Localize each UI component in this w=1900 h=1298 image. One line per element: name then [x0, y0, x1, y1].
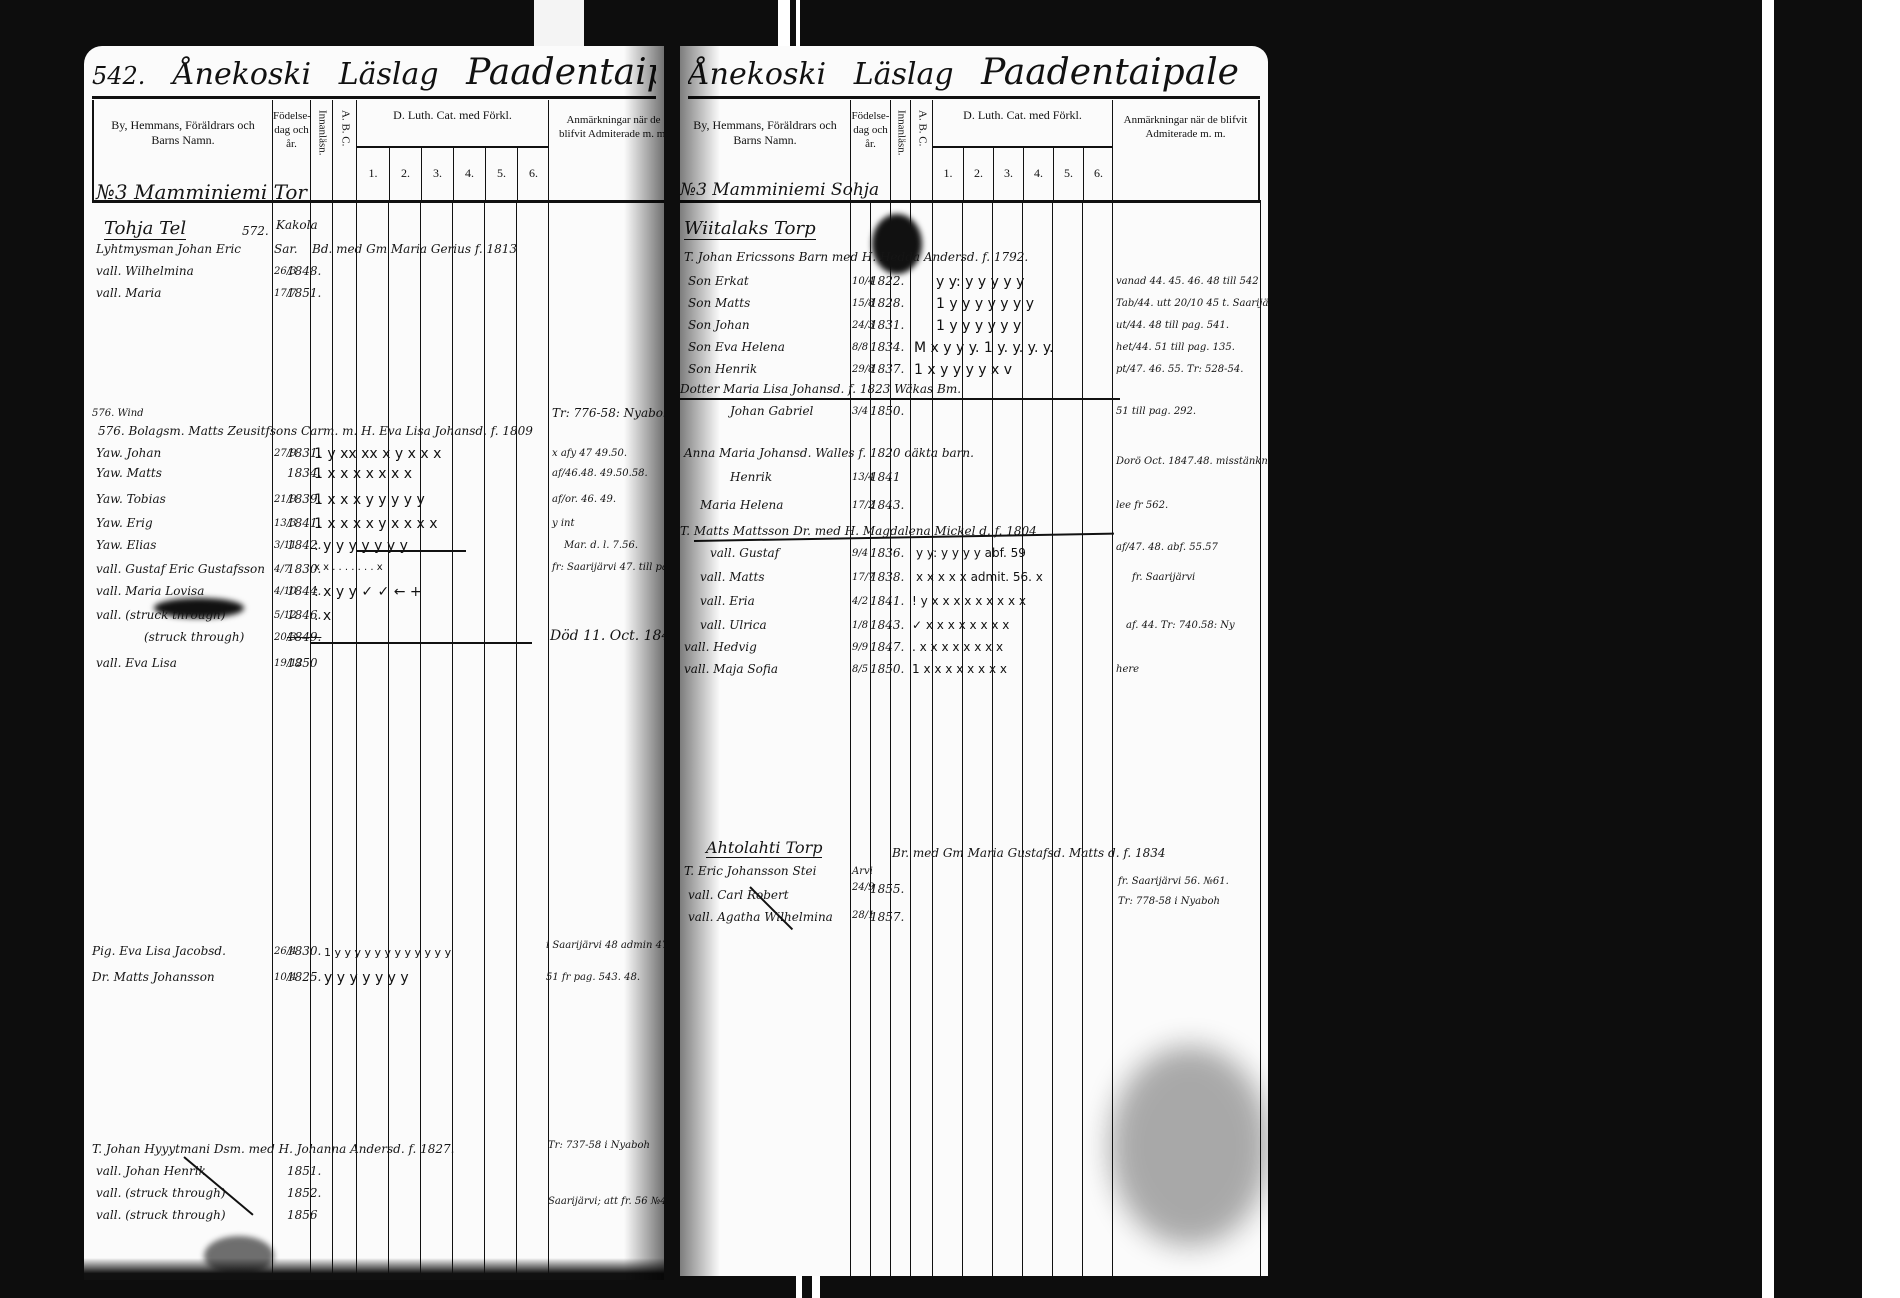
header-innanlasn: Innanläsn. [310, 100, 332, 200]
entry-birth-year: 1851. [287, 1164, 321, 1178]
title-reading-group: Läslag [339, 57, 439, 92]
header-catechism-group: D. Luth. Cat. med Förkl. 1. 2. 3. 4. 5. … [932, 100, 1112, 200]
entry-name: Yaw. Elias [96, 538, 156, 552]
entry-birth-year: 1838. [870, 570, 904, 584]
entry-birth-year: 1852. [287, 1186, 321, 1200]
entry-name: T. Johan Hyyytmani Dsm. med H. Johanna A… [92, 1142, 454, 1156]
column-rule [356, 200, 357, 1280]
column-rule [310, 200, 311, 1280]
stain [1110, 1046, 1268, 1246]
page-damage [84, 1258, 664, 1280]
entry-remarks: af/47. 48. abf. 55.57 [1116, 542, 1218, 553]
header-abc: A. B. C. [910, 100, 932, 200]
entry-birth-year: 1843. [870, 498, 904, 512]
entry-birth-day: 8/8 [852, 342, 868, 353]
entry-birth-year: Sar. [274, 242, 298, 256]
entry-name: vall. Johan Henrik [96, 1164, 206, 1178]
entry-marks: 1 x y y y y x v [914, 362, 1012, 378]
entry-name: Yaw. Matts [96, 466, 162, 480]
entry-extra: Bd. med Gm Maria Gerius f. 1813 [312, 242, 517, 256]
entry-name: T. Johan Ericssons Barn med H. Hedda And… [684, 250, 1028, 264]
column-rule [388, 200, 389, 1280]
column-rule [420, 200, 421, 1280]
entry-birth-day: 3/4 [852, 406, 868, 417]
entry-remarks: pt/47. 46. 55. Tr: 528-54. [1116, 364, 1243, 375]
entry-birth-year: 1834. [870, 340, 904, 354]
entry-marks: ! y x x x x x x x x x [912, 594, 1026, 608]
strike-line [310, 642, 532, 644]
entry-remarks: het/44. 51 till pag. 135. [1116, 342, 1235, 353]
entry-marks: 1 y y y y y y y y y y y y [324, 946, 451, 959]
column-rule [548, 200, 549, 1280]
entry-birth-day: 4/2 [852, 596, 868, 607]
entry-birth-year: 1850. [870, 404, 904, 418]
column-rule [850, 200, 851, 1276]
left-page: 542. Ånekoski Läslag Paadentaipale By, H… [84, 46, 664, 1280]
entry-marks: y y y y y y y [324, 970, 409, 986]
entry-marks: : x y y ✓ ✓ ← + [314, 584, 422, 600]
entry-marks: 1 x x x y y y y y [314, 492, 425, 508]
entry-birth-year: 1837. [870, 362, 904, 376]
entry-birth-year: 1841 [870, 470, 901, 484]
entry-name: Henrik [730, 470, 772, 484]
strike-line [680, 398, 1120, 400]
gutter-shadow [624, 46, 664, 1280]
entry-birth-year: 1843. [870, 618, 904, 632]
entry-marks: . x [314, 608, 331, 624]
entry-remarks: Tab/44. utt 20/10 45 t. Saarijärvi. [1116, 298, 1268, 309]
entry-name: Yaw. Erig [96, 516, 153, 530]
entry-marks: y y: y y y y abf. 59 [916, 546, 1026, 560]
header-abc: A. B. C. [332, 100, 356, 200]
entry-remarks: fr. Saarijärvi [1132, 572, 1195, 583]
entry-birth-year: 1850. [870, 662, 904, 676]
entry-name: vall. (struck through) [96, 608, 226, 622]
entry-birth-year: 1836. [870, 546, 904, 560]
page-title: Ånekoski Läslag Paadentaipale 543. [688, 52, 1260, 99]
entry-birth-day: 9/4 [852, 548, 868, 559]
scan-edge-strip [534, 0, 584, 46]
entry-name: Pig. Eva Lisa Jacobsd. [92, 944, 226, 958]
entry-name: Tohja Tel [104, 218, 186, 240]
entry-birth-day: 9/9 [852, 642, 868, 653]
entry-birth-year: 1857. [870, 910, 904, 924]
entry-name: Anna Maria Johansd. Walles f. 1820 oäkta… [684, 446, 974, 460]
entry-name: Yaw. Tobias [96, 492, 166, 506]
entry-remarks: 51 till pag. 292. [1116, 406, 1196, 417]
column-rule [910, 200, 911, 1276]
entry-remarks: af/or. 46. 49. [552, 494, 616, 505]
entry-marks: ✓ x x x x x x x x [912, 618, 1009, 632]
entry-extra: Br. med Gm Maria Gustafsd. Matts d. f. 1… [892, 846, 1166, 860]
entry-remarks: vanad 44. 45. 46. 48 till 542 [1116, 276, 1259, 287]
column-rule [516, 200, 517, 1280]
column-rule [1022, 200, 1023, 1276]
entry-birth-year: 1828. [870, 296, 904, 310]
column-rule [484, 200, 485, 1280]
entry-name: vall. Gustaf [710, 546, 779, 560]
entry-birth-year: 1856 [287, 1208, 318, 1222]
entry-birth-year: 1855. [870, 882, 904, 896]
entry-name: vall. (struck through) [96, 1208, 226, 1222]
entry-marks: 1 x x x x x x x [314, 466, 412, 482]
entry-marks: 1 y xx xx x y x x x [314, 446, 441, 462]
column-rule [452, 200, 453, 1280]
entry-birth-year: 1848. [287, 264, 321, 278]
scan-edge-strip [1762, 0, 1774, 1298]
entry-birth-year: 1850 [287, 656, 318, 670]
entry-name: Dr. Matts Johansson [92, 970, 215, 984]
strike-line [356, 550, 466, 552]
entry-ref: 572. [242, 224, 269, 238]
column-rule [1052, 200, 1053, 1276]
entry-remarks: x afy 47 49.50. [552, 448, 627, 459]
entry-birth-day: 1/8 [852, 620, 868, 631]
right-page: Ånekoski Läslag Paadentaipale 543. By, H… [680, 46, 1268, 1276]
entry-remarks: y int [552, 518, 575, 529]
entry-birth-year: 1847. [870, 640, 904, 654]
entry-marks: . x x x x x x x x [912, 640, 1003, 654]
entry-birth-year: 1831. [870, 318, 904, 332]
entry-name: vall. Gustaf Eric Gustafsson [96, 562, 265, 576]
entry-name: (struck through) [144, 630, 244, 644]
column-rule [1082, 200, 1083, 1276]
entry-birth-year: 1830. [287, 944, 321, 958]
entry-marks: 1 y y y y y y y [936, 296, 1034, 312]
gutter-shadow [680, 46, 720, 1276]
entry-ref: 576. Wind [92, 408, 144, 419]
entry-name: vall. Wilhelmina [96, 264, 194, 278]
entry-name: vall. Eva Lisa [96, 656, 177, 670]
column-rule [332, 200, 333, 1280]
section-heading: №3 Mamminiemi Tor [96, 180, 307, 204]
entry-birth-year: 1841. [870, 594, 904, 608]
title-reading-group: Läslag [854, 57, 954, 92]
entry-name: 576. Bolagsm. Matts Zeusitfsons Carm. m.… [98, 424, 533, 438]
entry-remarks: lee fr 562. [1116, 500, 1168, 511]
entry-marks: M x y y y. 1 y. y. y. y. [914, 340, 1054, 356]
entry-birth-year: Kakola [276, 218, 318, 232]
header-remarks: Anmärkningar när de blifvit Admiterade m… [1112, 100, 1260, 200]
entry-marks: x x . . . . . . . x [314, 562, 383, 573]
entry-name: Ahtolahti Torp [706, 838, 822, 858]
page-number: 542. [92, 62, 145, 90]
title-parish: Ånekoski [173, 57, 311, 92]
entry-birth-year: 1825. [287, 970, 321, 984]
entry-remarks: here [1116, 664, 1139, 675]
entry-remarks: af. 44. Tr: 740.58: Ny [1126, 620, 1235, 631]
entry-marks: 1 y y y y y y [936, 318, 1021, 334]
entry-marks: x x x x x admit. 56. x [916, 570, 1043, 584]
entry-name: Dotter Maria Lisa Johansd. f. 1823 Wäkas… [680, 382, 961, 396]
entry-name: vall. (struck through) [96, 1186, 226, 1200]
title-village: Paadentaipale [981, 52, 1239, 93]
entry-birth-year: 1822. [870, 274, 904, 288]
header-catechism-group: D. Luth. Cat. med Förkl. 1. 2. 3. 4. 5. … [356, 100, 548, 200]
entry-name: vall. Maria Lovisa [96, 584, 204, 598]
entry-remarks: Tr: 778-58 i Nyaboh [1118, 896, 1220, 907]
entry-marks: 1 x x x x x x x x [912, 662, 1007, 676]
page-title: 542. Ånekoski Läslag Paadentaipale [92, 52, 656, 99]
entry-name: vall. Maria [96, 286, 161, 300]
entry-birth-day: 8/5 [852, 664, 868, 675]
ink-blot [872, 214, 922, 274]
entry-marks: y y: y y y y y [936, 274, 1024, 290]
entry-remarks: fr. Saarijärvi 56. №61. [1118, 876, 1229, 887]
scan-edge-strip [1862, 0, 1900, 1298]
header-innanlasn: Innanläsn. [890, 100, 910, 200]
entry-name: Lyhtmysman Johan Eric [96, 242, 241, 256]
entry-remarks: ut/44. 48 till pag. 541. [1116, 320, 1229, 331]
entry-name: Yaw. Johan [96, 446, 161, 460]
entry-birth-year: 1851. [287, 286, 321, 300]
entry-marks: 1 x x x x y x x x x [314, 516, 438, 532]
entry-name: Johan Gabriel [730, 404, 813, 418]
entry-remarks: Dorö Oct. 1847.48. misstänkning [1116, 456, 1268, 467]
column-rule [272, 200, 273, 1280]
entry-birth-day: Arvi [852, 866, 873, 877]
